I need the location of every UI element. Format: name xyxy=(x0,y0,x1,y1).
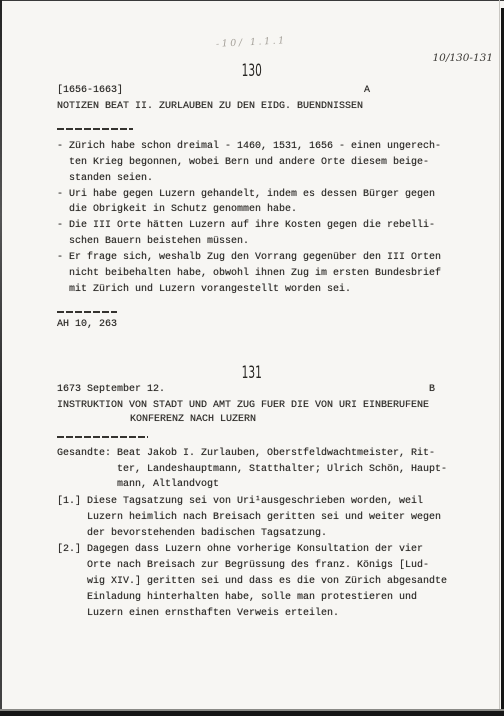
text-line: Einladung hinterhalten habe, solle man p… xyxy=(0,590,504,606)
text-line: - Die III Orte hätten Luzern auf ihre Ko… xyxy=(0,218,504,234)
text-line: Orte nach Breisach zur Begrüssung des fr… xyxy=(0,558,504,574)
entry-130-source: AH 10, 263 xyxy=(57,318,117,331)
entry-130-number-text: 130 xyxy=(242,64,262,78)
text-line: Luzern einen ernsthaften Verweis erteile… xyxy=(0,606,504,622)
entry-130-number: 130 xyxy=(0,64,504,78)
scan-edge-right-inner xyxy=(499,0,500,716)
text-line: nicht beibehalten habe, obwohl ihnen Zug… xyxy=(0,266,504,282)
entry-131-number: 131 xyxy=(0,366,504,380)
entry-131-body: [1.] Diese Tagsatzung sei von Uri¹ausges… xyxy=(0,494,504,622)
text-line: mann, Altlandvogt xyxy=(0,477,504,493)
entry-131-title-line2: KONFERENZ NACH LUZERN xyxy=(130,413,256,426)
scan-edge-top xyxy=(0,0,504,1)
entry-131-gesandte: Gesandte: Beat Jakob I. Zurlauben, Obers… xyxy=(0,446,504,493)
entry-130-daterange: [1656-1663] xyxy=(57,84,123,97)
text-line: [2.] Dagegen dass Luzern ohne vorherige … xyxy=(0,542,504,558)
divider-entry-130 xyxy=(57,128,133,130)
handwritten-annotation: -10/ 1.1.1 xyxy=(216,35,287,50)
entry-131-title-line1: INSTRUKTION VON STADT UND AMT ZUG FUER D… xyxy=(57,399,429,412)
text-line: mit Zürich und Luzern vorangestellt word… xyxy=(0,282,504,298)
text-line: der bevorstehenden badischen Tagsatzung. xyxy=(0,526,504,542)
text-line: ten Krieg begonnen, wobei Bern und ander… xyxy=(0,155,504,171)
text-line: - Uri habe gegen Luzern gehandelt, indem… xyxy=(0,187,504,203)
text-line: - Er frage sich, weshalb Zug den Vorrang… xyxy=(0,250,504,266)
entry-130-letter: A xyxy=(364,84,370,97)
divider-entry-131 xyxy=(57,436,148,438)
text-line: schen Bauern beistehen müssen. xyxy=(0,234,504,250)
text-line: die Obrigkeit in Schutz genommen habe. xyxy=(0,202,504,218)
entry-130-body: - Zürich habe schon dreimal - 1460, 1531… xyxy=(0,139,504,297)
text-line: ter, Landeshauptmann, Statthalter; Ulric… xyxy=(0,462,504,478)
entry-131-letter: B xyxy=(429,383,435,396)
entry-130-title: NOTIZEN BEAT II. ZURLAUBEN ZU DEN EIDG. … xyxy=(57,100,363,113)
divider-source-130 xyxy=(57,311,117,313)
text-line: [1.] Diese Tagsatzung sei von Uri¹ausges… xyxy=(0,494,504,510)
entry-131-number-text: 131 xyxy=(242,366,262,380)
scan-edge-bottom xyxy=(0,711,504,716)
text-line: wig XIV.] geritten sei und dass es die v… xyxy=(0,574,504,590)
scan-edge-left xyxy=(0,0,2,716)
page-reference: 10/130-131 xyxy=(432,52,493,64)
text-line: - Zürich habe schon dreimal - 1460, 1531… xyxy=(0,139,504,155)
text-line: Luzern heimlich nach Breisach geritten s… xyxy=(0,510,504,526)
scanned-document-page: -10/ 1.1.1 10/130-131 130 [1656-1663] A … xyxy=(0,0,504,716)
text-line: standen seien. xyxy=(0,171,504,187)
entry-131-date: 1673 September 12. xyxy=(57,383,165,396)
text-line: Gesandte: Beat Jakob I. Zurlauben, Obers… xyxy=(0,446,504,462)
